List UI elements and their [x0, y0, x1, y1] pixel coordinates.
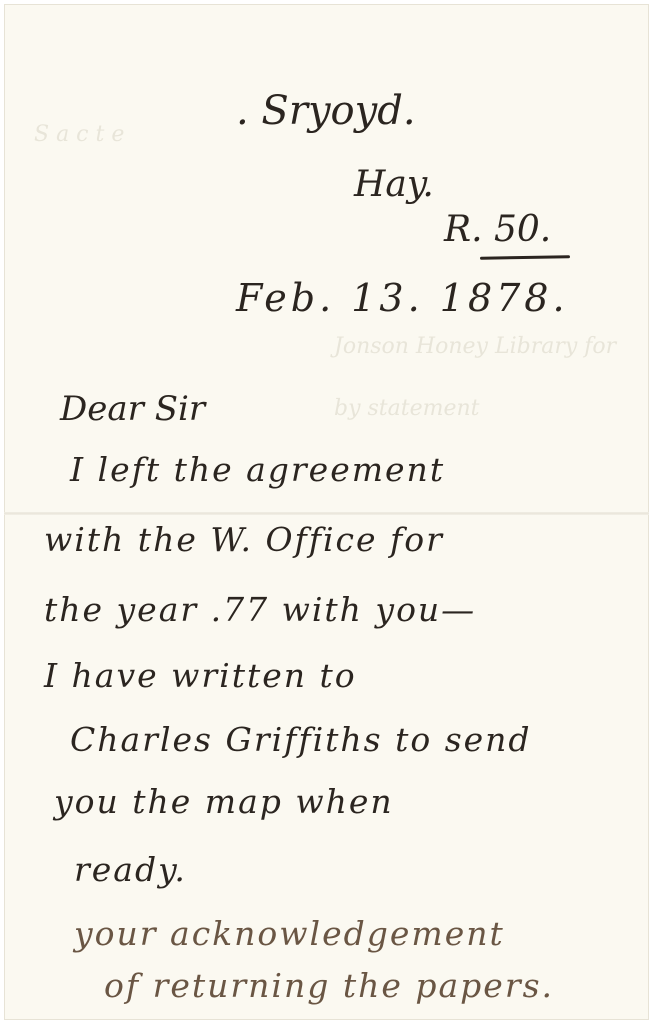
salutation: Dear Sir	[60, 389, 205, 429]
letter-page: S a c t e Jonson Honey Library for by st…	[4, 4, 649, 1020]
body-line: I left the agreement	[70, 450, 445, 489]
body-line: of returning the papers.	[104, 966, 554, 1005]
address-line-2: Hay.	[354, 164, 434, 205]
address-underline	[480, 255, 570, 260]
body-line: you the map when	[54, 782, 394, 821]
show-through-text: S a c t e	[34, 122, 124, 147]
body-line: ready.	[74, 850, 187, 889]
show-through-text: by statement	[334, 396, 480, 421]
body-line: with the W. Office for	[44, 520, 444, 559]
address-line-3: R. 50.	[444, 209, 551, 250]
body-line: the year .77 with you—	[44, 590, 476, 629]
body-line: Charles Griffiths to send	[70, 720, 532, 759]
body-line: I have written to	[44, 656, 357, 695]
show-through-text: Jonson Honey Library for	[334, 334, 616, 359]
fold-crease	[4, 512, 649, 515]
body-line: your acknowledgement	[74, 914, 505, 953]
letter-date: Feb. 13. 1878.	[236, 276, 569, 320]
address-line-1: . Sryoyd.	[236, 88, 416, 134]
